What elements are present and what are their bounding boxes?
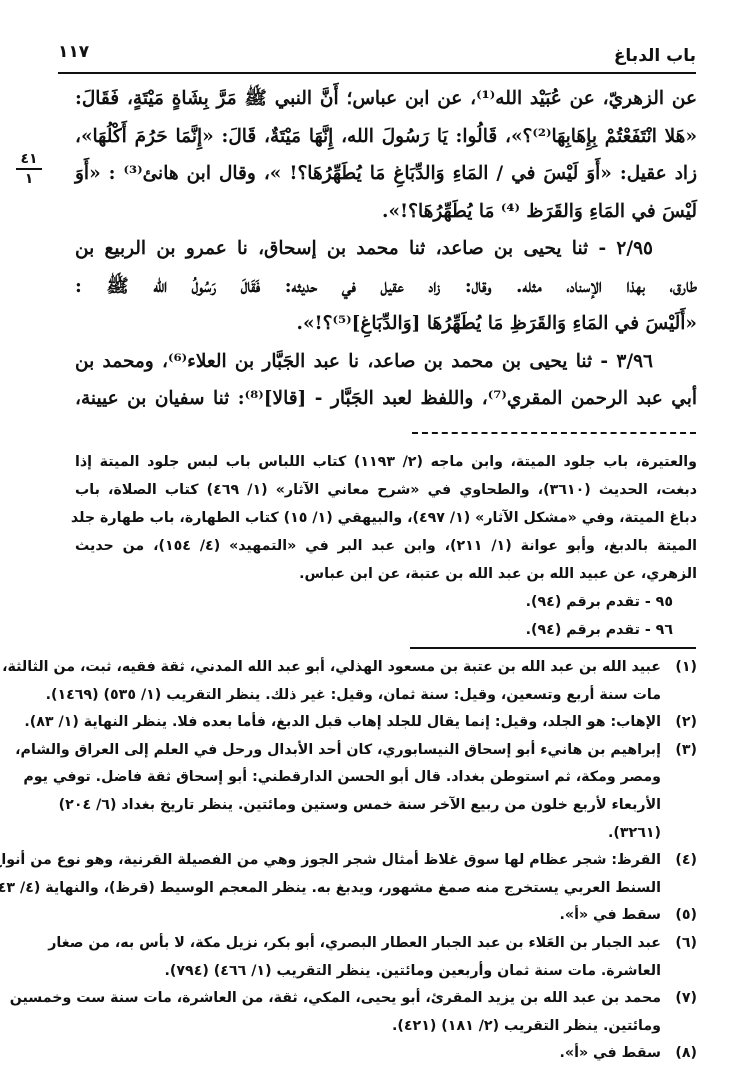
footnote-number: (٦) [675, 930, 697, 958]
hadith-95-line: ٢/٩٥ - ثنا يحيى بن صاعد، ثنا محمد بن إسح… [75, 230, 697, 268]
footnote-3: (٣) إبراهيم بن هانيء أبو إسحاق النيسابور… [75, 737, 697, 847]
footnote-line: (٣٢٦١). [75, 820, 661, 848]
main-line: عن الزهريّ، عن عُبَيْد الله⁽¹⁾، عن ابن ع… [75, 80, 697, 118]
note-line: دباغ الميتة، وفي «مشكل الآثار» (١/ ٤٩٧)،… [75, 504, 697, 532]
footnote-line: محمد بن عبد الله بن يزيد المقرئ، أبو يحي… [75, 985, 661, 1013]
footnote-6: (٦) عبد الجبار بن العَلاء بن عبد الجبار … [75, 930, 697, 985]
note-line: والعتيرة، باب جلود الميتة، وابن ماجه (٢/… [75, 448, 697, 476]
main-line: لَيْسَ في المَاءِ وَالقَرَظ ⁽⁴⁾ مَا يُطَ… [75, 193, 697, 231]
note-line: الميتة بالدبغ، وأبو عوانة (١/ ٢١١)، وابن… [75, 532, 697, 560]
footnote-line: العاشرة. مات سنة ثمان وأربعين ومائتين. ي… [75, 958, 661, 986]
main-line: أبي عبد الرحمن المقري⁽⁷⁾، واللفظ لعبد ال… [75, 380, 697, 418]
note-line: الزهري، عن عبيد الله بن عبد الله بن عتبة… [75, 560, 697, 588]
footnote-separator [410, 647, 696, 649]
takhrij-notes: والعتيرة، باب جلود الميتة، وابن ماجه (٢/… [75, 448, 697, 644]
footnote-number: (١) [675, 654, 697, 682]
folio-divider [16, 168, 42, 170]
footnote-line: الإهاب: هو الجلد، وقيل: إنما يقال للجلد … [75, 709, 661, 737]
footnote-number: (٤) [675, 847, 697, 875]
folio-side: ١ [14, 172, 44, 186]
footnote-line: عبيد الله بن عبد الله بن عتبة بن مسعود ا… [75, 654, 661, 682]
footnote-line: عبد الجبار بن العَلاء بن عبد الجبار العط… [75, 930, 661, 958]
footnotes: (١) عبيد الله بن عبد الله بن عتبة بن مسع… [75, 654, 697, 1068]
footnote-number: (٣) [675, 737, 697, 765]
manuscript-folio-note: ٤١ ١ [14, 152, 44, 186]
main-line: «هَلا انْتَفَعْتُمْ بِإِهَابِهَا⁽²⁾؟»، ق… [75, 118, 697, 156]
footnote-number: (٧) [675, 985, 697, 1013]
ref-96: ٩٦ - تقدم برقم (٩٤). [75, 616, 697, 644]
footnote-4: (٤) القرظ: شجر عظام لها سوق غلاظ أمثال ش… [75, 847, 697, 902]
ref-95: ٩٥ - تقدم برقم (٩٤). [75, 588, 697, 616]
footnote-2: (٢) الإهاب: هو الجلد، وقيل: إنما يقال لل… [75, 709, 697, 737]
chapter-title: باب الدباغ [614, 46, 696, 66]
footnote-line: مات سنة أربع وتسعين، وقيل: سنة ثمان، وقي… [75, 682, 661, 710]
running-header: باب الدباغ ١١٧ [58, 42, 696, 72]
footnote-line: ومائتين. ينظر التقريب (٢/ ١٨١) (٤٢١). [75, 1013, 661, 1041]
main-line: طارق، بهذا الإسناد، مثله. وقال: زاد عقيل… [75, 268, 697, 306]
main-text: عن الزهريّ، عن عُبَيْد الله⁽¹⁾، عن ابن ع… [75, 80, 697, 418]
footnote-8: (٨) سقط في «أ». [75, 1040, 697, 1068]
dashed-separator [412, 432, 696, 434]
footnote-line: سقط في «أ». [75, 902, 661, 930]
footnote-line: سقط في «أ». [75, 1040, 661, 1068]
footnote-line: إبراهيم بن هانيء أبو إسحاق النيسابوري، ك… [75, 737, 661, 765]
note-line: دبغت، الحديث (٣٦١٠)، والطحاوي في «شرح مع… [75, 476, 697, 504]
footnote-7: (٧) محمد بن عبد الله بن يزيد المقرئ، أبو… [75, 985, 697, 1040]
footnote-number: (٥) [675, 902, 697, 930]
footnote-number: (٨) [675, 1040, 697, 1068]
footnote-1: (١) عبيد الله بن عبد الله بن عتبة بن مسع… [75, 654, 697, 709]
folio-number: ٤١ [14, 152, 44, 166]
main-line: زاد عقيل: «أَوَ لَيْسَ في / المَاءِ وَال… [75, 155, 697, 193]
footnote-number: (٢) [675, 709, 697, 737]
book-page: باب الدباغ ١١٧ ٤١ ١ عن الزهريّ، عن عُبَي… [0, 0, 732, 1090]
footnote-line: الأربعاء لأربع خلون من ربيع الآخر سنة خم… [75, 792, 661, 820]
footnote-line: السنط العربي يستخرج منه صمغ مشهور، ويدبغ… [75, 875, 661, 903]
footnote-line: ومصر ومكة، ثم استوطن بغداد. قال أبو الحس… [75, 764, 661, 792]
footnote-line: القرظ: شجر عظام لها سوق غلاظ أمثال شجر ا… [75, 847, 661, 875]
header-rule [58, 72, 696, 74]
page-number: ١١٧ [58, 42, 89, 62]
main-line: «أَلَيْسَ في المَاءِ وَالقَرَظِ مَا يُطَ… [75, 305, 697, 343]
hadith-96-line: ٣/٩٦ - ثنا يحيى بن محمد بن صاعد، نا عبد … [75, 343, 697, 381]
footnote-5: (٥) سقط في «أ». [75, 902, 697, 930]
